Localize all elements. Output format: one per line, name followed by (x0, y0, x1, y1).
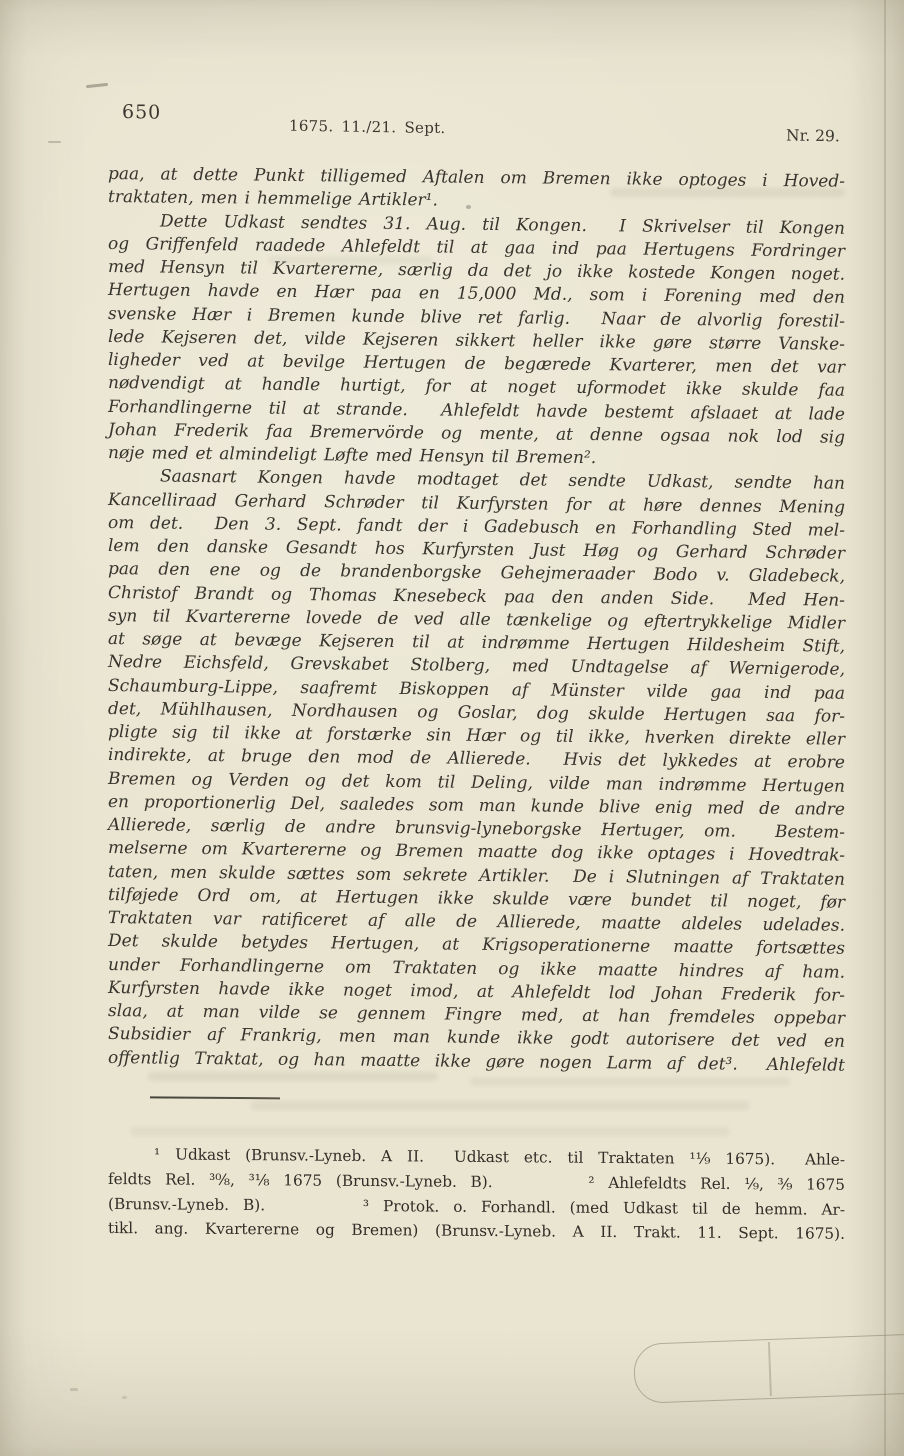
bleed-through-smudge (148, 1072, 438, 1081)
paper-speck (48, 141, 61, 143)
footnotes: ¹ Udkast (Brunsv.-Lyneb. A II. Udkast et… (108, 1142, 845, 1247)
document-number: Nr. 29. (786, 126, 840, 145)
running-head-date: 1675. 11./21. Sept. (289, 117, 446, 137)
embossed-stamp-outline (633, 1332, 904, 1404)
ink-dot (466, 205, 471, 209)
bleed-through-smudge (470, 1077, 790, 1086)
page-number: 650 (122, 101, 161, 124)
running-head: 650 1675. 11./21. Sept. Nr. 29. (0, 0, 904, 162)
body-text: paa, at dette Punkt tilligemed Aftalen o… (108, 163, 845, 1077)
footnote-separator (150, 1096, 280, 1099)
paper-speck (122, 1396, 127, 1399)
bleed-through-smudge (130, 1127, 730, 1136)
book-page: 650 1675. 11./21. Sept. Nr. 29. paa, at … (0, 0, 904, 1456)
bleed-through-smudge (268, 256, 433, 264)
footnote-line: tikl. ang. Kvartererne og Bremen) (Bruns… (108, 1216, 845, 1247)
bleed-through-smudge (250, 1101, 750, 1110)
stamp-divider-line (768, 1342, 771, 1396)
paper-speck (70, 1388, 78, 1391)
bleed-through-smudge (610, 188, 845, 197)
page-edge-line (884, 0, 886, 1456)
footnote-block: ¹ Udkast (Brunsv.-Lyneb. A II. Udkast et… (108, 1096, 845, 1247)
